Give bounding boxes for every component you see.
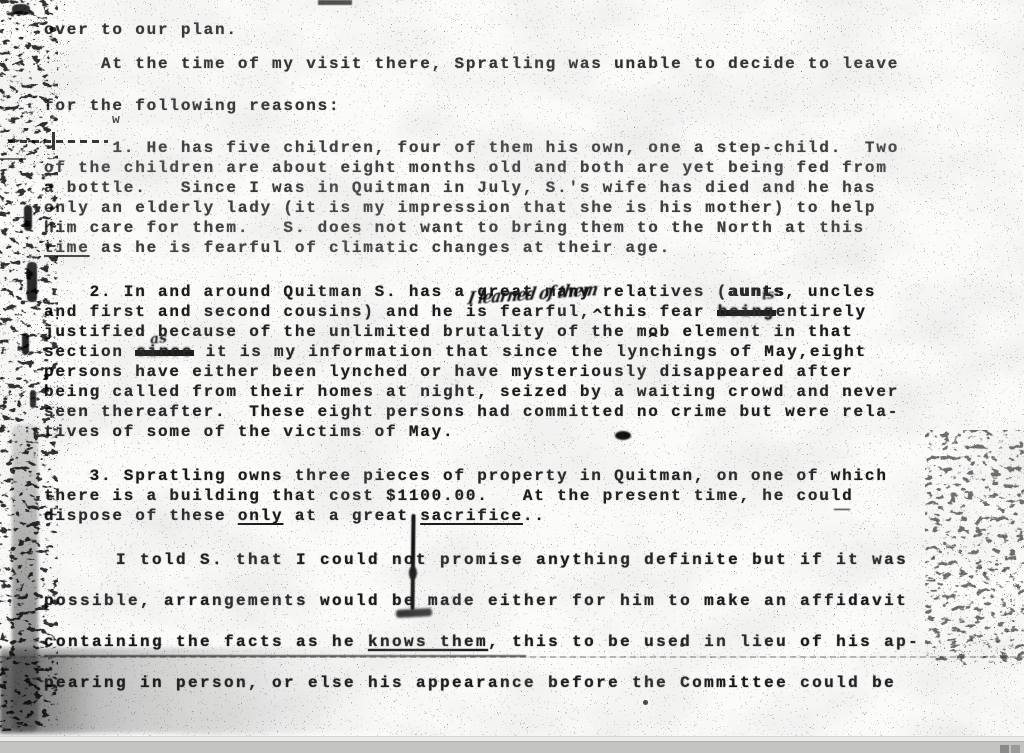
text-line: At the time of my visit there, Spratling… xyxy=(44,54,899,74)
text-segment: , uncles xyxy=(785,283,876,301)
paragraph-p1: 1. He has five children, four of them hi… xyxy=(44,138,899,258)
text-segment: and first and second cousins) and he is … xyxy=(44,303,717,321)
text-line: over to our plan. xyxy=(44,20,238,40)
paragraph-p3: 3. Spratling owns three pieces of proper… xyxy=(44,466,888,526)
text-segment: section xyxy=(44,343,135,361)
text-line: being called from their homes at night, … xyxy=(44,382,899,402)
text-segment: knows them xyxy=(368,633,488,651)
text-line: there is a building that cost $1100.00. … xyxy=(44,486,888,506)
text-line: tives of some of the victims of May. xyxy=(44,422,899,442)
text-segment: seen thereafter. These eight persons had… xyxy=(44,403,899,421)
document-page: over to our plan. At the time of my visi… xyxy=(0,0,1024,736)
paragraph-open1: over to our plan. xyxy=(44,20,238,40)
text-segment: over to our plan. xyxy=(44,21,238,39)
text-segment: possible, arrangements would be made eit… xyxy=(44,592,908,610)
text-line: only an elderly lady (it is my impressio… xyxy=(44,198,899,218)
horizontal-scrollbar[interactable] xyxy=(0,741,1024,753)
text-line: 3. Spratling owns three pieces of proper… xyxy=(44,466,888,486)
paragraph-p2: 2. In and around Quitman S. has a great … xyxy=(44,282,899,442)
text-segment: time xyxy=(44,239,90,257)
text-line: possible, arrangements would be made eit… xyxy=(44,591,920,632)
text-segment: entirely xyxy=(776,303,867,321)
text-segment: 3. Spratling owns three pieces of proper… xyxy=(44,467,888,485)
text-line: seen thereafter. These eight persons had… xyxy=(44,402,899,422)
text-segment: it is my information that since the lync… xyxy=(194,343,867,361)
text-line: justified because of the unlimited bruta… xyxy=(44,322,899,342)
text-segment: of the children are about eight months o… xyxy=(44,159,888,177)
text-line: I told S. that I could not promise anyth… xyxy=(44,550,920,591)
text-line: and first and second cousins) and he is … xyxy=(44,302,899,322)
text-layer: over to our plan. At the time of my visi… xyxy=(0,0,1024,736)
scrollbar-thumb[interactable] xyxy=(1000,745,1009,753)
text-segment: at a great xyxy=(283,507,420,525)
text-segment: only xyxy=(238,507,284,525)
text-line: time as he is fearful of climatic change… xyxy=(44,238,899,258)
text-segment: being called from their homes at night, … xyxy=(44,383,899,401)
text-segment: as he is fearful of climatic changes at … xyxy=(90,239,671,257)
text-segment: pearing in person, or else his appearanc… xyxy=(44,674,896,692)
paragraph-close: I told S. that I could not promise anyth… xyxy=(44,550,920,714)
text-line: containing the facts as he knows them, t… xyxy=(44,632,920,673)
text-segment: tives of some of the victims of May. xyxy=(44,423,454,441)
text-line: pearing in person, or else his appearanc… xyxy=(44,673,920,714)
paragraph-open3: for the following reasons: xyxy=(44,96,340,116)
text-segment: containing the facts as he xyxy=(44,633,368,651)
text-segment: since xyxy=(135,343,194,361)
text-segment: 2. In and around Quitman S. has a great … xyxy=(44,283,728,301)
text-line: dispose of these only at a great sacrifi… xyxy=(44,506,888,526)
text-segment: a bottle. Since I was in Quitman in July… xyxy=(44,179,876,197)
text-segment: persons have either been lynched or have… xyxy=(44,363,854,381)
text-segment: .. xyxy=(523,507,546,525)
text-line: for the following reasons: xyxy=(44,96,340,116)
text-segment: being xyxy=(717,303,776,321)
text-segment: , this to be used in lieu of his ap- xyxy=(488,633,920,651)
text-segment: him care for them. S. does not want to b… xyxy=(44,219,865,237)
text-segment: justified because of the unlimited bruta… xyxy=(44,323,854,341)
text-segment: only an elderly lady (it is my impressio… xyxy=(44,199,876,217)
text-segment: aunts xyxy=(728,283,785,301)
scanned-document-viewer: over to our plan. At the time of my visi… xyxy=(0,0,1024,753)
text-line: a bottle. Since I was in Quitman in July… xyxy=(44,178,899,198)
text-segment: for the following reasons: xyxy=(44,97,340,115)
text-segment: I told S. that I could not promise anyth… xyxy=(44,551,908,569)
text-line: 1. He has five children, four of them hi… xyxy=(44,138,899,158)
text-line: persons have either been lynched or have… xyxy=(44,362,899,382)
text-segment: 1. He has five children, four of them hi… xyxy=(44,139,899,157)
paragraph-open2: At the time of my visit there, Spratling… xyxy=(44,54,899,74)
text-line: section since it is my information that … xyxy=(44,342,899,362)
scrollbar-thumb[interactable] xyxy=(1011,745,1020,753)
text-segment: sacrifice xyxy=(420,507,523,525)
text-line: of the children are about eight months o… xyxy=(44,158,899,178)
text-line: him care for them. S. does not want to b… xyxy=(44,218,899,238)
text-segment: there is a building that cost $1100.00. … xyxy=(44,487,854,505)
text-segment: dispose of these xyxy=(44,507,238,525)
text-line: 2. In and around Quitman S. has a great … xyxy=(44,282,899,302)
text-segment: At the time of my visit there, Spratling… xyxy=(44,55,899,73)
